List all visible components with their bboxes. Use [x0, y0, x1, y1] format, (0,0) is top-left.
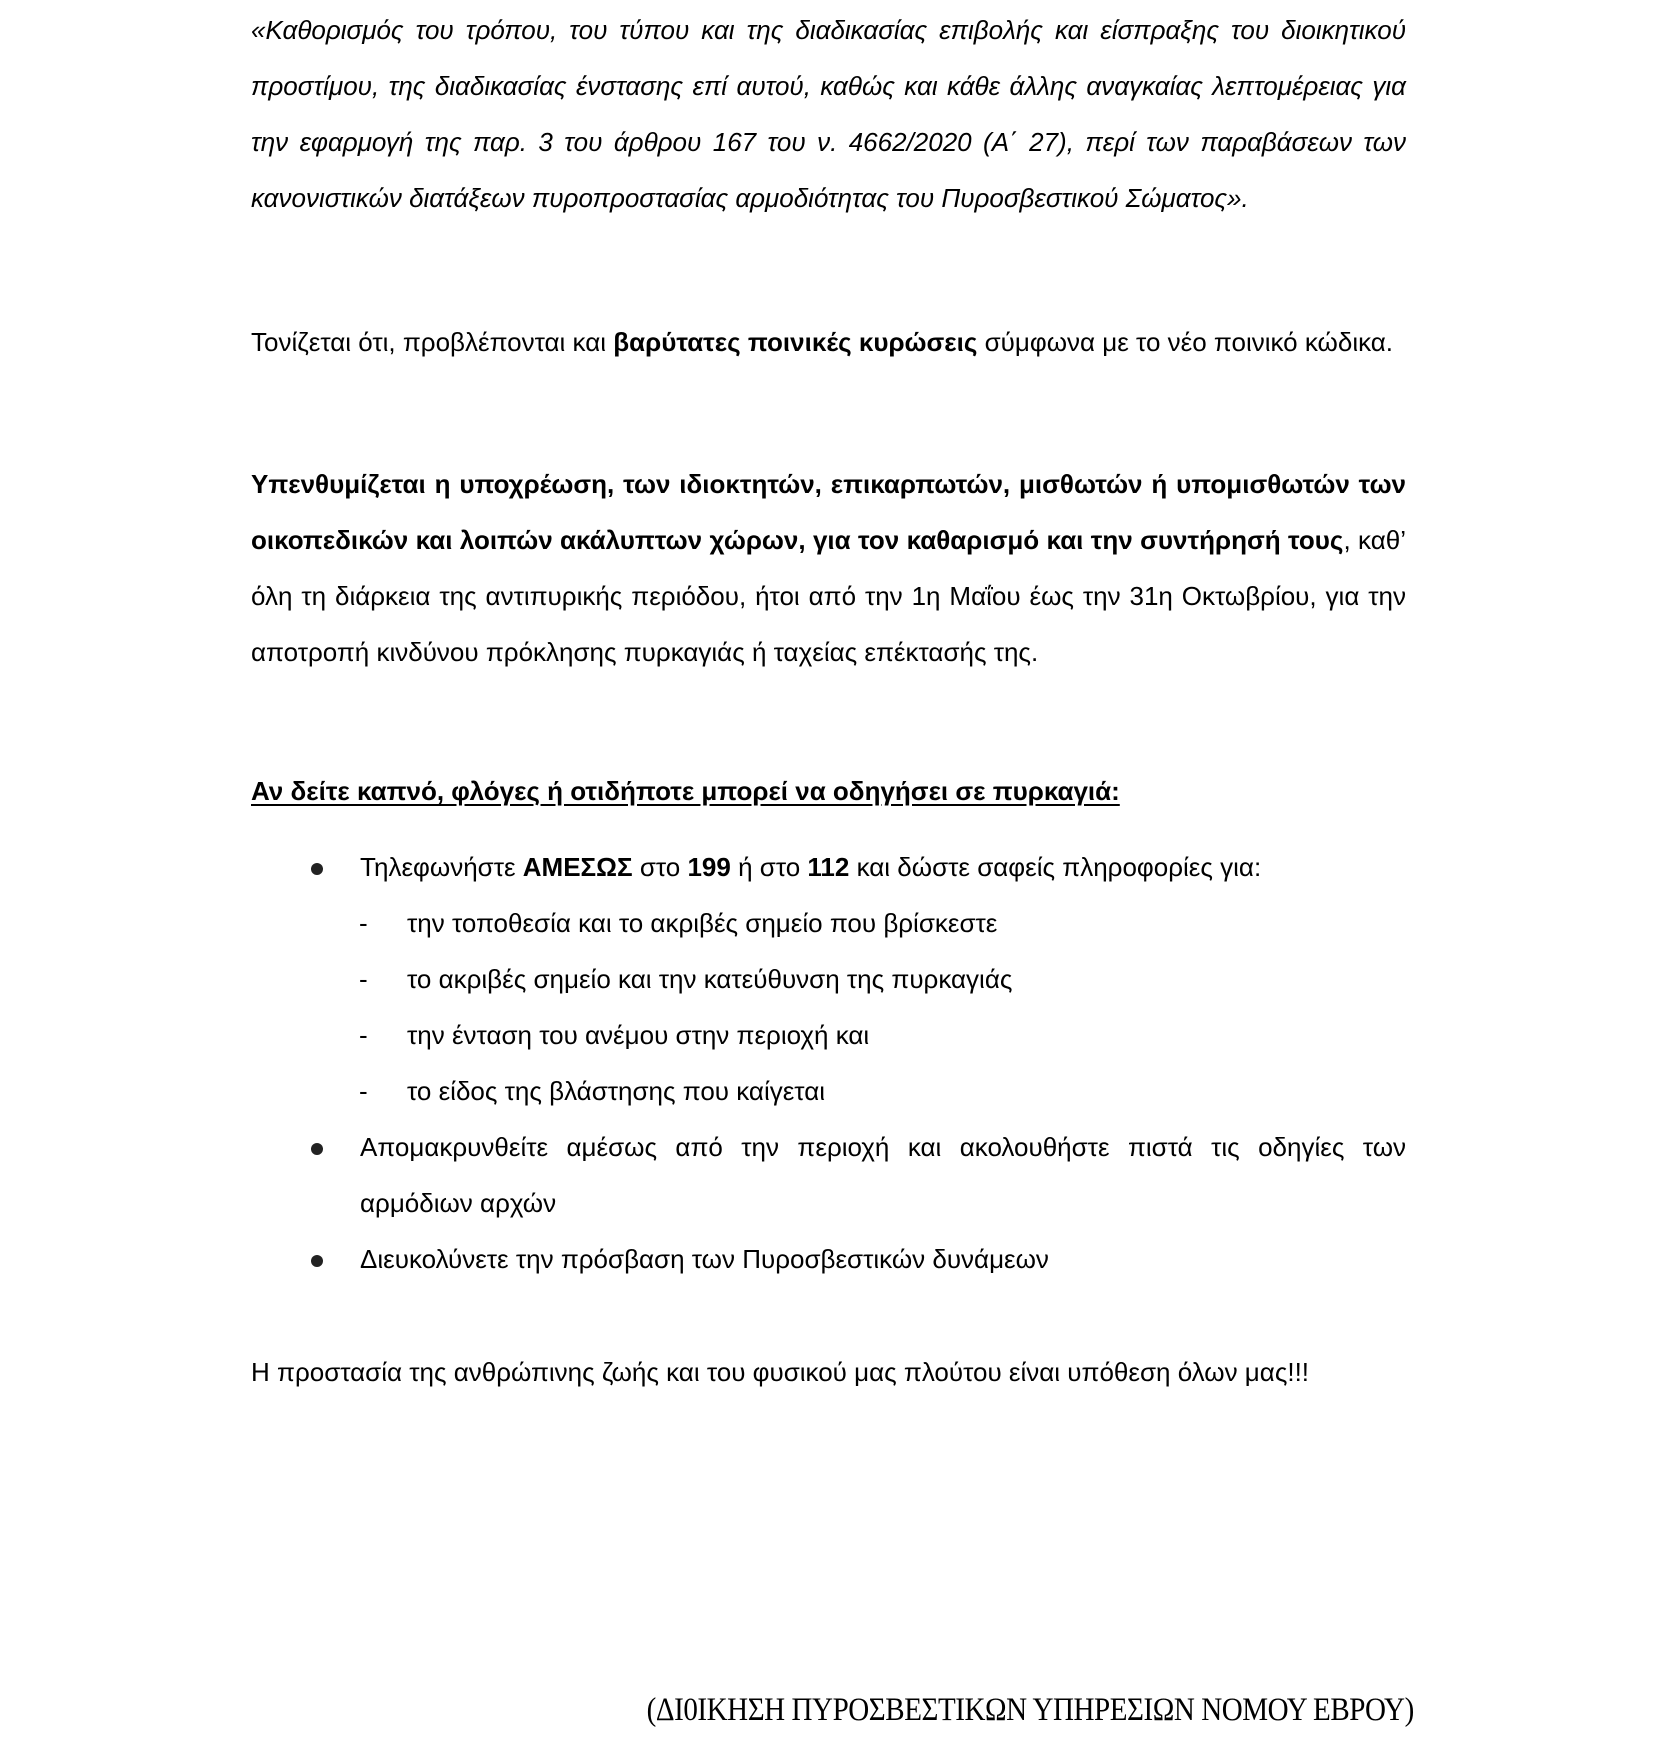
decree-paragraph: «Καθορισμός του τρόπου, του τύπου και τη…: [251, 2, 1406, 226]
subitem-wind: - την ένταση του ανέμου στην περιοχή και: [251, 1007, 1406, 1063]
subitem-text: την τοποθεσία και το ακριβές σημείο που …: [407, 908, 997, 938]
dash-icon: -: [359, 895, 368, 951]
bullet-icon: [311, 1231, 325, 1287]
instructions-heading: Αν δείτε καπνό, φλόγες ή οτιδήποτε μπορε…: [251, 763, 1120, 819]
call-text-3: ή στο: [731, 852, 808, 882]
subitem-text: την ένταση του ανέμου στην περιοχή και: [407, 1020, 869, 1050]
call-urgent-bold: ΑΜΕΣΩΣ: [523, 852, 633, 882]
list-item-call-text: Τηλεφωνήστε ΑΜΕΣΩΣ στο 199 ή στο 112 και…: [360, 839, 1406, 895]
bullet-icon: [311, 839, 325, 895]
penalties-text-after: σύμφωνα με το νέο ποινικό κώδικα.: [977, 327, 1393, 357]
instructions-list: Τηλεφωνήστε ΑΜΕΣΩΣ στο 199 ή στο 112 και…: [251, 839, 1406, 1287]
reminder-paragraph: Υπενθυμίζεται η υποχρέωση, των ιδιοκτητώ…: [251, 456, 1406, 680]
dash-icon: -: [359, 1007, 368, 1063]
phone-199: 199: [687, 852, 730, 882]
dash-icon: -: [359, 951, 368, 1007]
list-item-call: Τηλεφωνήστε ΑΜΕΣΩΣ στο 199 ή στο 112 και…: [251, 839, 1406, 895]
subitem-text: το ακριβές σημείο και την κατεύθυνση της…: [407, 964, 1012, 994]
subitem-text: το είδος της βλάστησης που καίγεται: [407, 1076, 825, 1106]
subitem-fire-direction: - το ακριβές σημείο και την κατεύθυνση τ…: [251, 951, 1406, 1007]
signature: (ΔΙ0ΙΚΗΣΗ ΠΥΡΟΣΒΕΣΤΙΚΩΝ ΥΠΗΡΕΣΙΩΝ ΝΟΜΟΥ …: [647, 1690, 1414, 1730]
dash-icon: -: [359, 1063, 368, 1119]
penalties-bold-text: βαρύτατες ποινικές κυρώσεις: [613, 327, 977, 357]
subitem-vegetation: - το είδος της βλάστησης που καίγεται: [251, 1063, 1406, 1119]
list-item-evacuate: Απομακρυνθείτε αμέσως από την περιοχή κα…: [251, 1119, 1406, 1231]
penalties-paragraph: Τονίζεται ότι, προβλέπονται και βαρύτατε…: [251, 314, 1406, 370]
list-item-evacuate-text: Απομακρυνθείτε αμέσως από την περιοχή κα…: [360, 1119, 1406, 1231]
penalties-text-before: Τονίζεται ότι, προβλέπονται και: [251, 327, 613, 357]
call-text-1: Τηλεφωνήστε: [360, 852, 523, 882]
subitem-location: - την τοποθεσία και το ακριβές σημείο πο…: [251, 895, 1406, 951]
call-text-2: στο: [633, 852, 688, 882]
call-text-4: και δώστε σαφείς πληροφορίες για:: [849, 852, 1261, 882]
phone-112: 112: [807, 852, 849, 882]
reminder-bold-text: Υπενθυμίζεται η υποχρέωση, των ιδιοκτητώ…: [251, 469, 1406, 555]
closing-paragraph: Η προστασία της ανθρώπινης ζωής και του …: [251, 1344, 1406, 1400]
list-item-access-text: Διευκολύνετε την πρόσβαση των Πυροσβεστι…: [360, 1231, 1406, 1287]
bullet-icon: [311, 1119, 325, 1175]
list-item-access: Διευκολύνετε την πρόσβαση των Πυροσβεστι…: [251, 1231, 1406, 1287]
document-page: «Καθορισμός του τρόπου, του τύπου και τη…: [0, 0, 1654, 1748]
